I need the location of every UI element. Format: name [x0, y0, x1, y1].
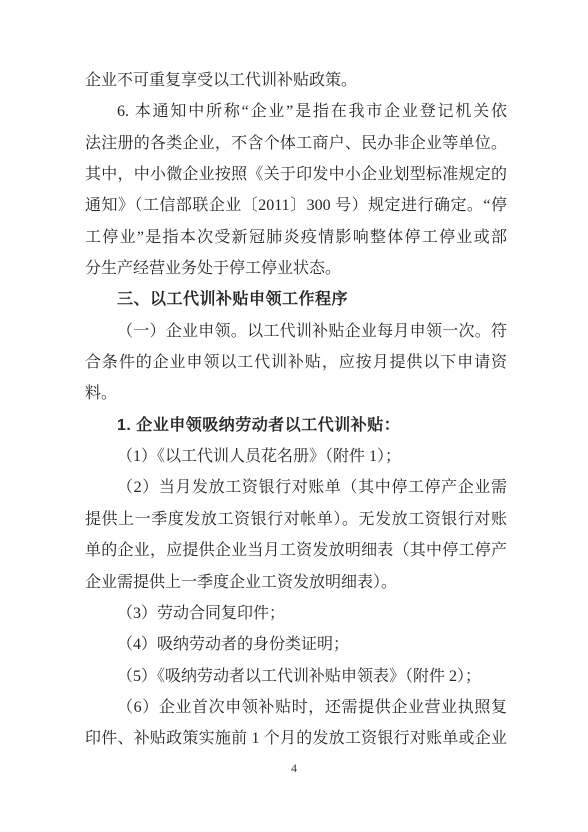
- text-line: 其中，中小微企业按照《关于印发中小企业划型标准规定的: [85, 159, 507, 190]
- document-page: 企业不可重复享受以工代训补贴政策。 6. 本通知中所称“企业”是指在我市企业登记…: [0, 0, 588, 832]
- subsection-heading: 1. 企业申领吸纳劳动者以工代训补贴：: [85, 410, 507, 441]
- text-line: 分生产经营业务处于停工停业状态。: [85, 253, 507, 284]
- text-line: 企业不可重复享受以工代训补贴政策。: [85, 65, 507, 96]
- text-line: 6. 本通知中所称“企业”是指在我市企业登记机关依: [85, 96, 507, 127]
- text-line: 印件、补贴政策实施前 1 个月的发放工资银行对账单或企业: [85, 723, 507, 754]
- text-line: （一）企业申领。以工代训补贴企业每月申领一次。符: [85, 316, 507, 347]
- text-line: 合条件的企业申领以工代训补贴，应按月提供以下申请资: [85, 347, 507, 378]
- text-line: 提供上一季度发放工资银行对帐单）。无发放工资银行对账: [85, 504, 507, 535]
- page-number: 4: [0, 760, 588, 776]
- text-line: 企业需提供上一季度企业工资发放明细表）。: [85, 567, 507, 598]
- text-line: 法注册的各类企业，不含个体工商户、民办非企业等单位。: [85, 128, 507, 159]
- text-line: （4）吸纳劳动者的身份类证明；: [85, 629, 507, 660]
- text-line: 工停业”是指本次受新冠肺炎疫情影响整体停工停业或部: [85, 222, 507, 253]
- text-line: （3）劳动合同复印件；: [85, 598, 507, 629]
- text-line: 单的企业，应提供企业当月工资发放明细表（其中停工停产: [85, 535, 507, 566]
- text-line: （2）当月发放工资银行对账单（其中停工停产企业需: [85, 472, 507, 503]
- text-line: （5）《吸纳劳动者以工代训补贴申领表》（附件 2）；: [85, 661, 507, 692]
- text-line: （6）企业首次申领补贴时，还需提供企业营业执照复: [85, 692, 507, 723]
- text-line: 通知》（工信部联企业〔2011〕300 号）规定进行确定。“停: [85, 190, 507, 221]
- text-line: 料。: [85, 378, 507, 409]
- section-heading: 三、以工代训补贴申领工作程序: [85, 284, 507, 315]
- text-line: （1）《以工代训人员花名册》（附件 1）；: [85, 441, 507, 472]
- document-body: 企业不可重复享受以工代训补贴政策。 6. 本通知中所称“企业”是指在我市企业登记…: [85, 65, 507, 755]
